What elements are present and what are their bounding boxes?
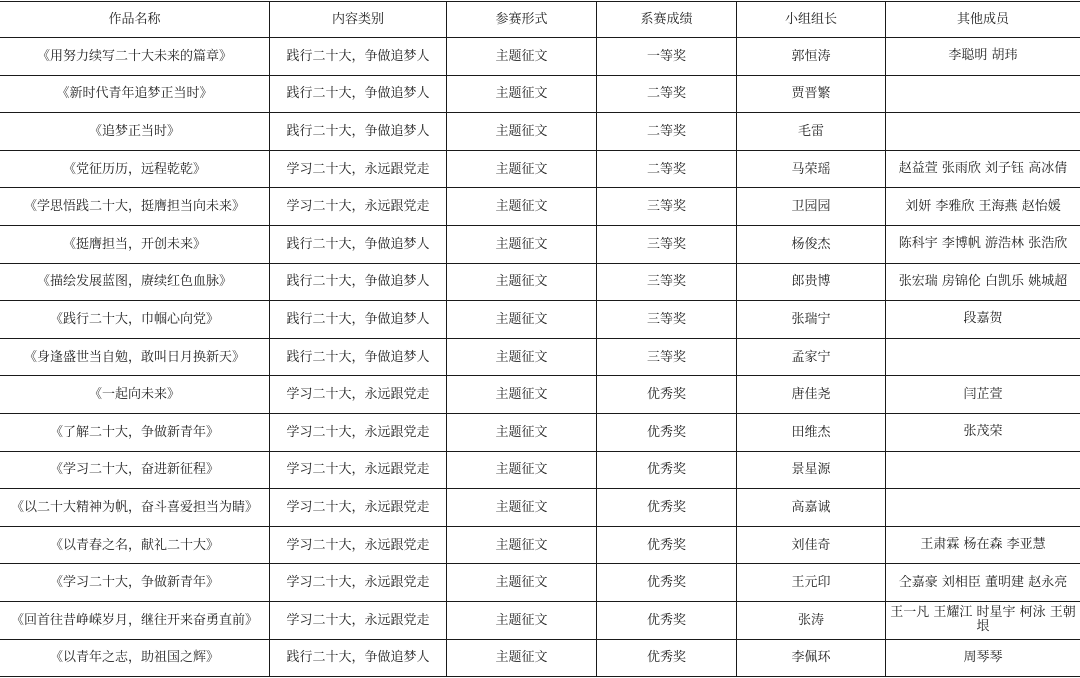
cell-title: 《一起向未来》 [0,376,270,414]
header-row: 作品名称 内容类别 参赛形式 系赛成绩 小组组长 其他成员 [0,2,1080,38]
cell-category: 践行二十大，争做追梦人 [270,113,447,151]
cell-category: 学习二十大，永远跟党走 [270,451,447,489]
cell-category: 学习二十大，永远跟党走 [270,188,447,226]
cell-format: 主题征文 [447,489,597,527]
cell-category: 学习二十大，永远跟党走 [270,413,447,451]
cell-title: 《了解二十大，争做新青年》 [0,413,270,451]
cell-leader: 郎贵博 [737,263,886,301]
cell-format: 主题征文 [447,564,597,602]
cell-category: 践行二十大，争做追梦人 [270,338,447,376]
cell-leader: 景星源 [737,451,886,489]
cell-leader: 卫园园 [737,188,886,226]
cell-category: 践行二十大，争做追梦人 [270,225,447,263]
header-format: 参赛形式 [447,2,597,38]
cell-result: 优秀奖 [597,526,737,564]
cell-leader: 马荣瑶 [737,150,886,188]
table-row: 《挺膺担当，开创未来》 践行二十大，争做追梦人 主题征文 三等奖 杨俊杰 陈科宇… [0,225,1080,263]
cell-members [886,113,1080,151]
cell-leader: 张涛 [737,601,886,639]
cell-format: 主题征文 [447,376,597,414]
cell-format: 主题征文 [447,301,597,339]
cell-category: 践行二十大，争做追梦人 [270,38,447,76]
cell-leader: 唐佳尧 [737,376,886,414]
cell-leader: 李佩环 [737,639,886,677]
cell-leader: 贾晋繁 [737,75,886,113]
cell-leader: 王元印 [737,564,886,602]
cell-title: 《身逢盛世当自勉，敢叫日月换新天》 [0,338,270,376]
cell-title: 《学思悟践二十大，挺膺担当向未来》 [0,188,270,226]
cell-result: 三等奖 [597,338,737,376]
cell-result: 三等奖 [597,225,737,263]
cell-members: 仝嘉豪 刘相臣 董明建 赵永亮 [886,564,1080,602]
cell-title: 《学习二十大，争做新青年》 [0,564,270,602]
cell-format: 主题征文 [447,38,597,76]
cell-result: 二等奖 [597,75,737,113]
cell-leader: 刘佳奇 [737,526,886,564]
header-result: 系赛成绩 [597,2,737,38]
cell-format: 主题征文 [447,225,597,263]
cell-members: 陈科宇 李博帆 游浩林 张浩欣 [886,225,1080,263]
table-row: 《一起向未来》 学习二十大，永远跟党走 主题征文 优秀奖 唐佳尧 闫芷萱 [0,376,1080,414]
cell-format: 主题征文 [447,338,597,376]
cell-category: 学习二十大，永远跟党走 [270,601,447,639]
table-row: 《了解二十大，争做新青年》 学习二十大，永远跟党走 主题征文 优秀奖 田维杰 张… [0,413,1080,451]
cell-category: 学习二十大，永远跟党走 [270,376,447,414]
cell-result: 三等奖 [597,263,737,301]
table-body: 《用努力续写二十大未来的篇章》 践行二十大，争做追梦人 主题征文 一等奖 郭恒涛… [0,38,1080,677]
cell-leader: 郭恒涛 [737,38,886,76]
cell-members: 王肃霖 杨在森 李亚慧 [886,526,1080,564]
cell-members: 张茂荣 [886,413,1080,451]
cell-title: 《党征历历，远程乾乾》 [0,150,270,188]
cell-result: 优秀奖 [597,564,737,602]
cell-title: 《回首往昔峥嵘岁月，继往开来奋勇直前》 [0,601,270,639]
cell-category: 践行二十大，争做追梦人 [270,301,447,339]
header-title: 作品名称 [0,2,270,38]
cell-format: 主题征文 [447,188,597,226]
cell-title: 《描绘发展蓝图，赓续红色血脉》 [0,263,270,301]
cell-leader: 孟家宁 [737,338,886,376]
cell-result: 优秀奖 [597,376,737,414]
cell-result: 优秀奖 [597,413,737,451]
cell-format: 主题征文 [447,413,597,451]
table-row: 《新时代青年追梦正当时》 践行二十大，争做追梦人 主题征文 二等奖 贾晋繁 [0,75,1080,113]
cell-category: 践行二十大，争做追梦人 [270,263,447,301]
table-row: 《追梦正当时》 践行二十大，争做追梦人 主题征文 二等奖 毛雷 [0,113,1080,151]
cell-format: 主题征文 [447,601,597,639]
cell-title: 《学习二十大，奋进新征程》 [0,451,270,489]
cell-leader: 田维杰 [737,413,886,451]
table-row: 《以青春之名，献礼二十大》 学习二十大，永远跟党走 主题征文 优秀奖 刘佳奇 王… [0,526,1080,564]
table-row: 《党征历历，远程乾乾》 学习二十大，永远跟党走 主题征文 二等奖 马荣瑶 赵益萱… [0,150,1080,188]
cell-members [886,451,1080,489]
cell-members [886,75,1080,113]
cell-category: 践行二十大，争做追梦人 [270,75,447,113]
cell-format: 主题征文 [447,113,597,151]
cell-result: 优秀奖 [597,639,737,677]
cell-members: 王一凡 王耀江 时星宇 柯泳 王朝垠 [886,601,1080,639]
cell-leader: 杨俊杰 [737,225,886,263]
cell-title: 《践行二十大，巾帼心向党》 [0,301,270,339]
header-category: 内容类别 [270,2,447,38]
cell-format: 主题征文 [447,639,597,677]
cell-result: 优秀奖 [597,601,737,639]
header-leader: 小组组长 [737,2,886,38]
cell-members: 周琴琴 [886,639,1080,677]
table-row: 《描绘发展蓝图，赓续红色血脉》 践行二十大，争做追梦人 主题征文 三等奖 郎贵博… [0,263,1080,301]
cell-title: 《挺膺担当，开创未来》 [0,225,270,263]
cell-members: 赵益萱 张雨欣 刘子钰 高冰倩 [886,150,1080,188]
cell-members [886,489,1080,527]
cell-category: 学习二十大，永远跟党走 [270,489,447,527]
cell-format: 主题征文 [447,75,597,113]
awards-table: 作品名称 内容类别 参赛形式 系赛成绩 小组组长 其他成员 《用努力续写二十大未… [0,1,1080,677]
cell-title: 《以二十大精神为帆，奋斗喜爱担当为睛》 [0,489,270,527]
cell-members: 刘妍 李雅欣 王海燕 赵怡媛 [886,188,1080,226]
cell-title: 《用努力续写二十大未来的篇章》 [0,38,270,76]
table-row: 《践行二十大，巾帼心向党》 践行二十大，争做追梦人 主题征文 三等奖 张瑞宁 段… [0,301,1080,339]
cell-title: 《新时代青年追梦正当时》 [0,75,270,113]
cell-result: 二等奖 [597,150,737,188]
cell-result: 一等奖 [597,38,737,76]
table-row: 《学思悟践二十大，挺膺担当向未来》 学习二十大，永远跟党走 主题征文 三等奖 卫… [0,188,1080,226]
cell-members: 闫芷萱 [886,376,1080,414]
table-row: 《以二十大精神为帆，奋斗喜爱担当为睛》 学习二十大，永远跟党走 主题征文 优秀奖… [0,489,1080,527]
cell-category: 践行二十大，争做追梦人 [270,639,447,677]
table-row: 《学习二十大，争做新青年》 学习二十大，永远跟党走 主题征文 优秀奖 王元印 仝… [0,564,1080,602]
cell-members: 张宏瑞 房锦伦 白凯乐 姚城超 [886,263,1080,301]
cell-category: 学习二十大，永远跟党走 [270,150,447,188]
cell-format: 主题征文 [447,526,597,564]
cell-leader: 高嘉诚 [737,489,886,527]
cell-format: 主题征文 [447,451,597,489]
table-row: 《身逢盛世当自勉，敢叫日月换新天》 践行二十大，争做追梦人 主题征文 三等奖 孟… [0,338,1080,376]
cell-title: 《以青年之志，助祖国之辉》 [0,639,270,677]
cell-result: 三等奖 [597,301,737,339]
cell-category: 学习二十大，永远跟党走 [270,526,447,564]
cell-members [886,338,1080,376]
table-row: 《学习二十大，奋进新征程》 学习二十大，永远跟党走 主题征文 优秀奖 景星源 [0,451,1080,489]
table-row: 《用努力续写二十大未来的篇章》 践行二十大，争做追梦人 主题征文 一等奖 郭恒涛… [0,38,1080,76]
cell-format: 主题征文 [447,263,597,301]
cell-category: 学习二十大，永远跟党走 [270,564,447,602]
header-members: 其他成员 [886,2,1080,38]
cell-members: 李聪明 胡玮 [886,38,1080,76]
table-row: 《回首往昔峥嵘岁月，继往开来奋勇直前》 学习二十大，永远跟党走 主题征文 优秀奖… [0,601,1080,639]
table-row: 《以青年之志，助祖国之辉》 践行二十大，争做追梦人 主题征文 优秀奖 李佩环 周… [0,639,1080,677]
cell-title: 《追梦正当时》 [0,113,270,151]
cell-format: 主题征文 [447,150,597,188]
cell-result: 优秀奖 [597,489,737,527]
cell-leader: 毛雷 [737,113,886,151]
cell-result: 优秀奖 [597,451,737,489]
cell-members: 段嘉贺 [886,301,1080,339]
cell-leader: 张瑞宁 [737,301,886,339]
cell-result: 二等奖 [597,113,737,151]
cell-result: 三等奖 [597,188,737,226]
cell-title: 《以青春之名，献礼二十大》 [0,526,270,564]
